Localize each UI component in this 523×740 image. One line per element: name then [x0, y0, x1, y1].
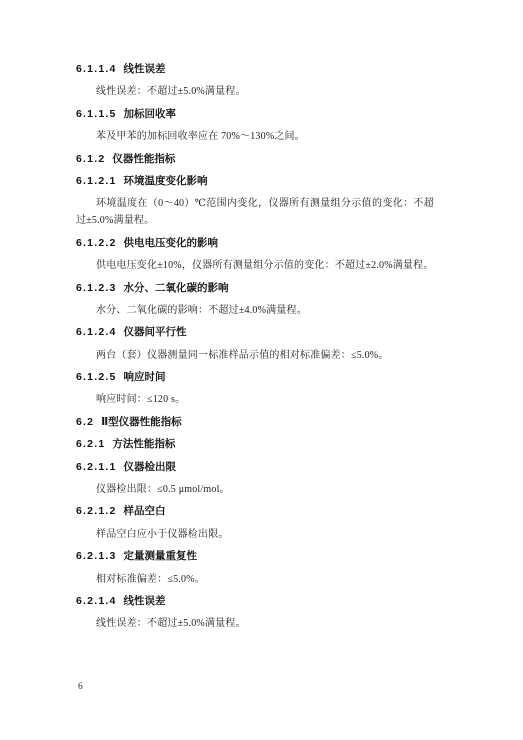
clause-heading: 6.2Ⅱ型仪器性能指标 [76, 414, 434, 431]
paragraph: 水分、二氧化碳的影响：不超过±4.0%满量程。 [76, 302, 434, 319]
clause-number: 6.1.2.5 [76, 371, 117, 383]
paragraph: 线性误差：不超过±5.0%满量程。 [76, 615, 434, 632]
clause-heading: 6.1.2.2供电电压变化的影响 [76, 235, 434, 252]
clause-number: 6.2.1.3 [76, 550, 117, 562]
clause-number: 6.1.2.3 [76, 282, 117, 294]
clause-number: 6.2.1.1 [76, 461, 117, 473]
clause-number: 6.2.1.4 [76, 595, 117, 607]
clause-heading: 6.1.1.5加标回收率 [76, 106, 434, 123]
clause-heading: 6.2.1方法性能指标 [76, 436, 434, 453]
clause-title: 仪器检出限 [124, 461, 177, 473]
clause-title: 线性误差 [124, 595, 166, 607]
clause-number: 6.2 [76, 416, 94, 428]
clause-heading: 6.2.1.3定量测量重复性 [76, 548, 434, 565]
clause-number: 6.2.1.2 [76, 505, 117, 517]
paragraph: 仪器检出限：≤0.5 μmol/mol。 [76, 481, 434, 498]
paragraph: 环境温度在（0～40）℃范围内变化，仪器所有测量组分示值的变化：不超过±5.0%… [76, 195, 434, 229]
clause-heading: 6.1.2.3水分、二氧化碳的影响 [76, 280, 434, 297]
clause-title: 仪器性能指标 [112, 153, 175, 165]
paragraph: 响应时间：≤120 s。 [76, 391, 434, 408]
paragraph: 苯及甲苯的加标回收率应在 70%～130%之间。 [76, 128, 434, 145]
clause-heading: 6.2.1.1仪器检出限 [76, 459, 434, 476]
clause-heading: 6.1.2.4仪器间平行性 [76, 324, 434, 341]
clause-title: 方法性能指标 [112, 438, 175, 450]
paragraph: 供电电压变化±10%，仪器所有测量组分示值的变化：不超过±2.0%满量程。 [76, 257, 434, 274]
clause-number: 6.1.2.4 [76, 326, 117, 338]
clause-number: 6.1.1.5 [76, 108, 117, 120]
clause-number: 6.1.1.4 [76, 63, 117, 75]
clause-title: 定量测量重复性 [124, 550, 198, 562]
paragraph: 两台（套）仪器测量同一标准样品示值的相对标准偏差：≤5.0%。 [76, 347, 434, 364]
clause-title: 环境温度变化影响 [124, 175, 208, 187]
paragraph: 样品空白应小于仪器检出限。 [76, 526, 434, 543]
document-page: 6.1.1.4线性误差线性误差：不超过±5.0%满量程。6.1.1.5加标回收率… [0, 0, 523, 740]
clause-heading: 6.2.1.2样品空白 [76, 503, 434, 520]
clause-title: Ⅱ型仪器性能指标 [101, 416, 181, 428]
paragraph: 线性误差：不超过±5.0%满量程。 [76, 83, 434, 100]
clause-title: 样品空白 [124, 505, 166, 517]
clause-heading: 6.1.2.1环境温度变化影响 [76, 173, 434, 190]
clause-heading: 6.2.1.4线性误差 [76, 593, 434, 610]
clause-title: 供电电压变化的影响 [124, 237, 219, 249]
clause-heading: 6.1.1.4线性误差 [76, 61, 434, 78]
clause-number: 6.1.2 [76, 153, 105, 165]
clause-title: 仪器间平行性 [124, 326, 187, 338]
clause-title: 加标回收率 [124, 108, 177, 120]
clause-number: 6.1.2.2 [76, 237, 117, 249]
page-number: 6 [78, 682, 83, 692]
clause-heading: 6.1.2仪器性能指标 [76, 151, 434, 168]
clause-heading: 6.1.2.5响应时间 [76, 369, 434, 386]
paragraph: 相对标准偏差：≤5.0%。 [76, 571, 434, 588]
clause-number: 6.2.1 [76, 438, 105, 450]
page-content: 6.1.1.4线性误差线性误差：不超过±5.0%满量程。6.1.1.5加标回收率… [76, 61, 434, 638]
clause-number: 6.1.2.1 [76, 175, 117, 187]
clause-title: 响应时间 [124, 371, 166, 383]
clause-title: 水分、二氧化碳的影响 [124, 282, 229, 294]
clause-title: 线性误差 [124, 63, 166, 75]
